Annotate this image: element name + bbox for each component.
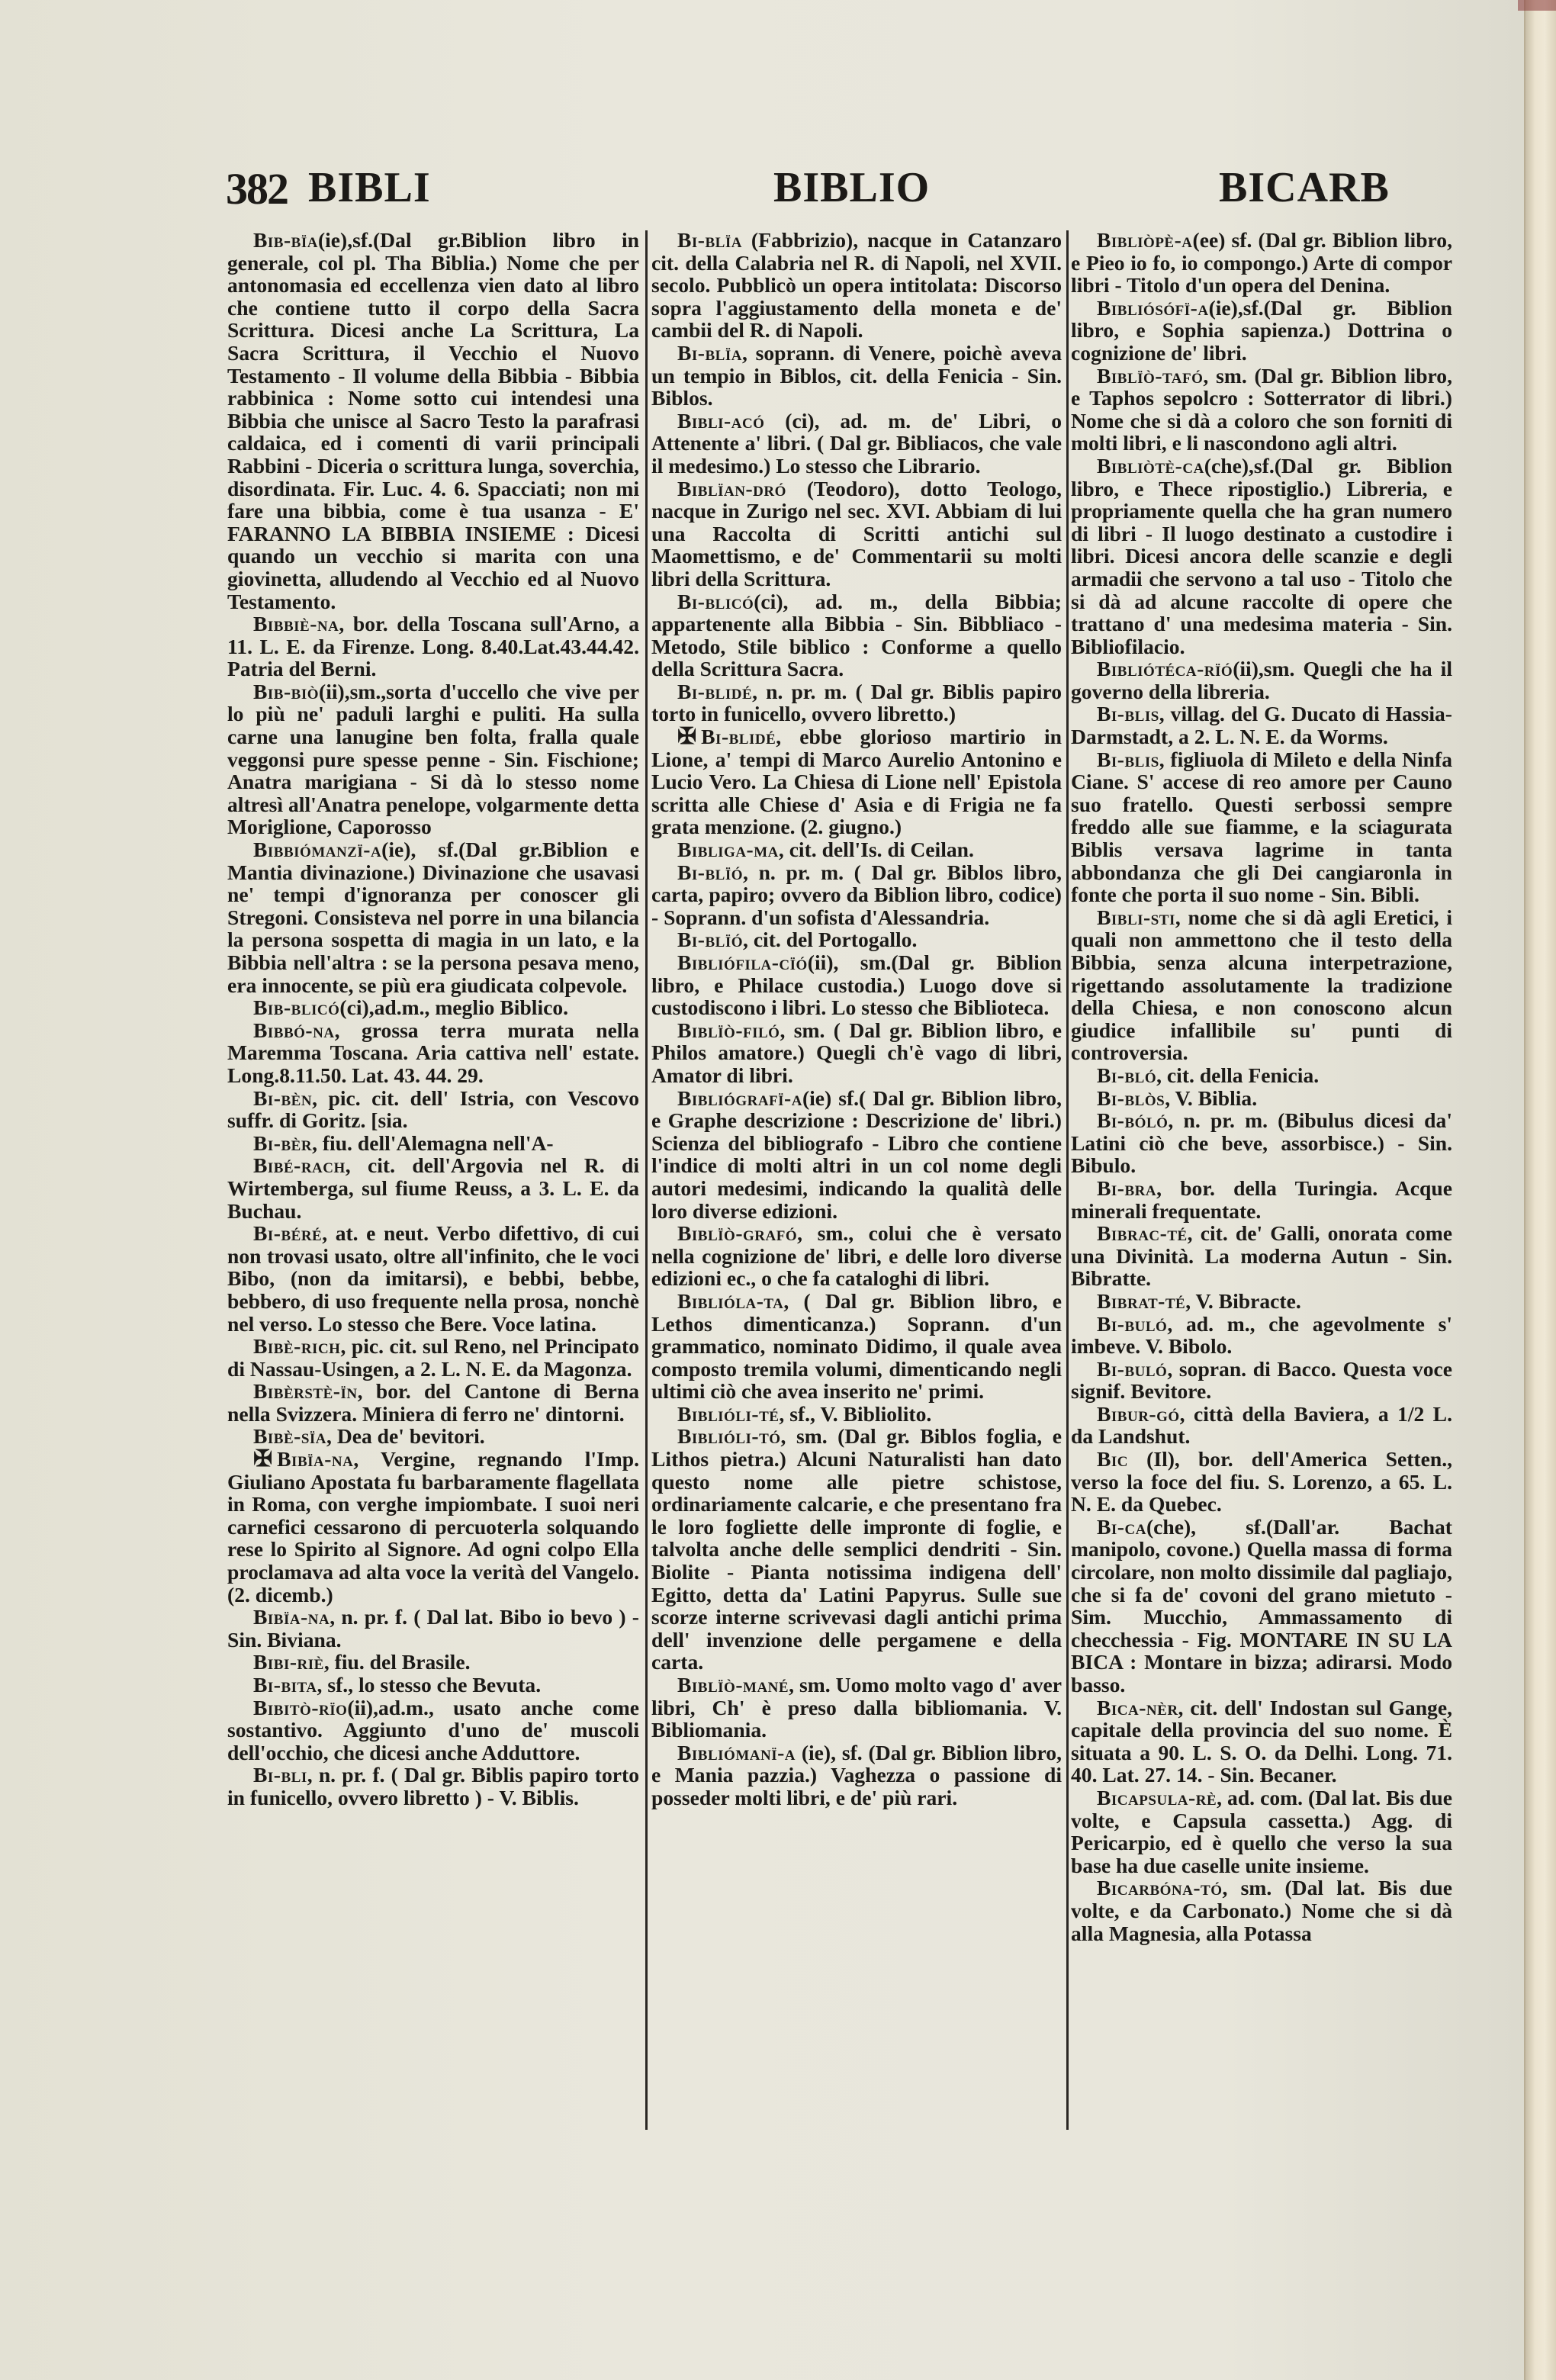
dictionary-entry: Biblïò-tafó, sm. (Dal gr. Biblion libro,… [1071, 365, 1452, 455]
entry-headword: Bi-blidé [677, 680, 752, 703]
maltese-cross-icon: ✠ [253, 1446, 272, 1471]
entry-headword: Bibïa-na [253, 1605, 330, 1629]
dictionary-entry: Bi-bèn, pic. cit. dell' Istria, con Vesc… [227, 1087, 639, 1132]
entry-headword: Bi-béré [253, 1221, 322, 1245]
dictionary-entry: Bi-béré, at. e neut. Verbo difettivo, di… [227, 1222, 639, 1335]
dictionary-entry: Bibliótéca-rïó(ii),sm. Quegli che ha il … [1071, 658, 1452, 703]
dictionary-entry: Bi-buló, ad. m., che agevolmente s' imbe… [1071, 1313, 1452, 1358]
entry-headword: Bibbó-na [253, 1018, 335, 1042]
running-head-right: BICARB [1219, 163, 1390, 212]
dictionary-entry: Bib-blicó(ci),ad.m., meglio Biblico. [227, 996, 639, 1019]
dictionary-entry: Bibrac-té, cit. de' Galli, onorata come … [1071, 1222, 1452, 1290]
dictionary-entry: Bib-bïa(ie),sf.(Dal gr.Biblion libro in … [227, 229, 639, 613]
dictionary-entry: Bibliómanï-a (ie), sf. (Dal gr. Biblion … [651, 1742, 1062, 1809]
entry-headword: Bi-bèr [253, 1131, 312, 1155]
column-2: Bi-blïa (Fabbrizio), nacque in Catanzaro… [651, 229, 1062, 1809]
entry-headword: Bibé-rach [253, 1153, 346, 1177]
dictionary-entry: Bibè-rich, pic. cit. sul Reno, nel Princ… [227, 1335, 639, 1380]
dictionary-entry: Bi-blïó, cit. del Portogallo. [651, 928, 1062, 951]
entry-headword: Bibèrstè-ïn [253, 1379, 358, 1403]
entry-headword: Bi-bra [1097, 1176, 1156, 1200]
entry-headword: Bic [1097, 1447, 1128, 1471]
entry-headword: Bi-bló [1097, 1063, 1156, 1087]
dictionary-entry: Bibur-gó, città della Baviera, a 1/2 L. … [1071, 1403, 1452, 1448]
entry-headword: Bib-bïa [253, 228, 318, 252]
dictionary-entry: Bi-blïa, soprann. di Venere, poichè avev… [651, 342, 1062, 410]
dictionary-entry: Bi-blòs, V. Biblia. [1071, 1087, 1452, 1110]
entry-definition: , nome che si dà agli Eretici, i quali n… [1071, 905, 1452, 1065]
entry-headword: Bibliómanï-a [677, 1741, 796, 1764]
dictionary-entry: ✠Bi-blidé, ebbe glorioso martirio in Lio… [651, 725, 1062, 838]
dictionary-entry: Bibli-acó (ci), ad. m. de' Libri, o Atte… [651, 410, 1062, 478]
entry-headword: Bi-bèn [253, 1086, 312, 1110]
dictionary-entry: Biblïan-dró (Teodoro), dotto Teologo, na… [651, 478, 1062, 590]
entry-headword: Biblïò-filó [677, 1018, 780, 1042]
entry-headword: Bibliga-ma [677, 838, 779, 861]
entry-headword: Biblïò-grafó [677, 1221, 797, 1245]
entry-headword: Bibliòpè-a [1097, 228, 1193, 252]
entry-headword: Bicarbóna-tó [1097, 1876, 1223, 1899]
entry-headword: Bibi-riè [253, 1650, 324, 1674]
entry-headword: Bi-bli [253, 1763, 307, 1787]
entry-headword: Bi-blis [1097, 702, 1159, 725]
entry-headword: Bi-blïó [677, 928, 743, 951]
entry-headword: Bi-blïó [677, 860, 743, 884]
dictionary-entry: Bibèrstè-ïn, bor. del Cantone di Berna n… [227, 1380, 639, 1425]
entry-headword: Bi-buló [1097, 1312, 1167, 1336]
entry-definition: (ie), sf.(Dal gr.Biblion e Mantia divina… [227, 838, 639, 997]
entry-headword: Bi-blïa [677, 341, 742, 365]
dictionary-entry: Bica-nèr, cit. dell' Indostan sul Gange,… [1071, 1697, 1452, 1787]
entry-headword: Bibbiómanzï-a [253, 838, 381, 861]
dictionary-entry: Bi-bèr, fiu. dell'Alemagna nell'A- [227, 1132, 639, 1155]
dictionary-entry: Bi-bóló, n. pr. m. (Bibulus dicesi da' L… [1071, 1109, 1452, 1177]
entry-headword: Bi-ca [1097, 1515, 1146, 1539]
entry-headword: Biblióli-té [677, 1402, 779, 1426]
entry-headword: Bibïa-na [277, 1447, 353, 1471]
dictionary-entry: Bibliòtè-ca(che),sf.(Dal gr. Biblion lib… [1071, 455, 1452, 658]
entry-headword: Bica-nèr [1097, 1696, 1178, 1719]
entry-definition: (ci),ad.m., meglio Biblico. [339, 995, 568, 1019]
dictionary-entry: Bibbó-na, grossa terra murata nella Mare… [227, 1019, 639, 1087]
entry-definition: , sf., V. Bibliolito. [779, 1402, 931, 1426]
entry-definition: , V. Bibracte. [1185, 1289, 1301, 1313]
entry-headword: Bibliótéca-rïó [1097, 657, 1233, 680]
entry-headword: Bibrac-té [1097, 1221, 1188, 1245]
dictionary-entry: Biblïò-grafó, sm., colui che è versato n… [651, 1222, 1062, 1290]
dictionary-entry: Bibbiè-na, bor. della Toscana sull'Arno,… [227, 613, 639, 680]
entry-headword: Bi-buló [1097, 1357, 1167, 1381]
dictionary-entry: Bibïa-na, n. pr. f. ( Dal lat. Bibo io b… [227, 1606, 639, 1651]
dictionary-entry: Bi-blidé, n. pr. m. ( Dal gr. Biblis pap… [651, 680, 1062, 725]
entry-definition: , cit. dell'Is. di Ceilan. [779, 838, 974, 861]
entry-definition: , fiu. dell'Alemagna nell'A- [312, 1131, 554, 1155]
entry-headword: Bibur-gó [1097, 1402, 1180, 1426]
entry-headword: Bibè-sïa [253, 1424, 326, 1448]
dictionary-entry: ✠Bibïa-na, Vergine, regnando l'Imp. Giul… [227, 1448, 639, 1606]
entry-headword: Biblïò-tafó [1097, 364, 1203, 388]
dictionary-entry: Bicapsula-rè, ad. com. (Dal lat. Bis due… [1071, 1787, 1452, 1877]
entry-headword: Bi-bóló [1097, 1108, 1168, 1132]
column-1: Bib-bïa(ie),sf.(Dal gr.Biblion libro in … [227, 229, 639, 1809]
entry-headword: Bi-bita [253, 1673, 317, 1697]
entry-definition: , Dea de' bevitori. [326, 1424, 485, 1448]
dictionary-entry: Bi-ca(che), sf.(Dall'ar. Bachat manipolo… [1071, 1516, 1452, 1697]
dictionary-entry: Biblióli-té, sf., V. Bibliolito. [651, 1403, 1062, 1426]
entry-headword: Bibliógrafï-a [677, 1086, 802, 1110]
dictionary-entry: Bibitò-rïo(ii),ad.m., usato anche come s… [227, 1697, 639, 1764]
entry-headword: Bibitò-rïo [253, 1696, 347, 1719]
entry-headword: Bi-blis [1097, 748, 1159, 771]
running-head: 382 BIBLI BIBLIO BICARB [226, 159, 1454, 212]
entry-headword: Bi-blicó [677, 590, 754, 613]
entry-definition: (ii),sm.,sorta d'uccello che vive per lo… [227, 680, 639, 839]
page-number: 382 [226, 163, 288, 214]
entry-headword: Biblïan-dró [677, 477, 786, 500]
entry-definition: , sm. (Dal gr. Biblos foglia, e Lithos p… [651, 1424, 1062, 1674]
dictionary-entry: Bic (Il), bor. dell'America Setten., ver… [1071, 1448, 1452, 1516]
entry-headword: Bibli-acó [677, 409, 764, 433]
book-edge [1524, 0, 1556, 2380]
entry-definition: (Il), bor. dell'America Setten., verso l… [1071, 1447, 1452, 1516]
entry-definition: (che),sf.(Dal gr. Biblion libro, e Thece… [1071, 454, 1452, 658]
entry-definition: (ie),sf.(Dal gr.Biblion libro in general… [227, 228, 639, 613]
dictionary-entry: Bibé-rach, cit. dell'Argovia nel R. di W… [227, 1154, 639, 1222]
entry-definition: , sf., lo stesso che Bevuta. [317, 1673, 542, 1697]
maltese-cross-icon: ✠ [677, 724, 696, 749]
entry-definition: , figliuola di Mileto e della Ninfa Cian… [1071, 748, 1452, 907]
dictionary-entry: Bi-blïó, n. pr. m. ( Dal gr. Biblos libr… [651, 861, 1062, 929]
dictionary-entry: Bibli-sti, nome che si dà agli Eretici, … [1071, 906, 1452, 1064]
entry-headword: Bibè-rich [253, 1334, 340, 1358]
entry-headword: Bi-blïa [677, 228, 742, 252]
entry-headword: Bi-blidé [701, 725, 776, 748]
column-divider [1066, 230, 1069, 2130]
dictionary-entry: Bibi-riè, fiu. del Brasile. [227, 1651, 639, 1674]
dictionary-entry: Biblïò-mané, sm. Uomo molto vago d' aver… [651, 1674, 1062, 1742]
entry-definition: (che), sf.(Dall'ar. Bachat manipolo, cov… [1071, 1515, 1452, 1697]
dictionary-entry: Bibbiómanzï-a(ie), sf.(Dal gr.Biblion e … [227, 838, 639, 996]
entry-headword: Biblïò-mané [677, 1673, 789, 1697]
entry-headword: Biblióli-tó [677, 1424, 781, 1448]
column-divider [645, 230, 648, 2130]
entry-definition: , cit. della Fenicia. [1156, 1063, 1319, 1087]
entry-headword: Bicapsula-rè [1097, 1786, 1217, 1809]
dictionary-entry: Bi-blis, villag. del G. Ducato di Hassia… [1071, 703, 1452, 748]
running-head-center: BIBLIO [773, 163, 930, 212]
dictionary-entry: Bibliófila-cïó(ii), sm.(Dal gr. Biblion … [651, 951, 1062, 1019]
entry-headword: Bibrat-té [1097, 1289, 1185, 1313]
dictionary-entry: Bicarbóna-tó, sm. (Dal lat. Bis due volt… [1071, 1877, 1452, 1944]
dictionary-entry: Biblióli-tó, sm. (Dal gr. Biblos foglia,… [651, 1425, 1062, 1674]
dictionary-entry: Bi-blis, figliuola di Mileto e della Nin… [1071, 748, 1452, 906]
entry-headword: Bib-biò [253, 680, 319, 703]
running-head-left: BIBLI [308, 163, 431, 212]
dictionary-entry: Bi-bita, sf., lo stesso che Bevuta. [227, 1674, 639, 1697]
entry-headword: Bibliósófï-a [1097, 296, 1209, 320]
dictionary-entry: Bibliósófï-a(ie),sf.(Dal gr. Biblion lib… [1071, 297, 1452, 365]
dictionary-entry: Biblïò-filó, sm. ( Dal gr. Biblion libro… [651, 1019, 1062, 1087]
entry-headword: Bi-blòs [1097, 1086, 1165, 1110]
dictionary-entry: Bi-bra, bor. della Turingia. Acque miner… [1071, 1177, 1452, 1222]
dictionary-entry: Bib-biò(ii),sm.,sorta d'uccello che vive… [227, 680, 639, 838]
dictionary-entry: Bibrat-té, V. Bibracte. [1071, 1290, 1452, 1313]
dictionary-entry: Bibè-sïa, Dea de' bevitori. [227, 1425, 639, 1448]
entry-headword: Bibbiè-na [253, 612, 339, 635]
entry-headword: Biblióla-ta [677, 1289, 783, 1313]
dictionary-entry: Bibliòpè-a(ee) sf. (Dal gr. Biblion libr… [1071, 229, 1452, 297]
entry-definition: , fiu. del Brasile. [324, 1650, 471, 1674]
column-3: Bibliòpè-a(ee) sf. (Dal gr. Biblion libr… [1071, 229, 1452, 1944]
dictionary-entry: Bibliógrafï-a(ie) sf.( Dal gr. Biblion l… [651, 1087, 1062, 1223]
entry-headword: Bibliófila-cïó [677, 950, 808, 974]
entry-headword: Bibli-sti [1097, 905, 1175, 929]
book-edge-ribbon [1518, 0, 1556, 11]
dictionary-entry: Biblióla-ta, ( Dal gr. Biblion libro, e … [651, 1290, 1062, 1403]
dictionary-entry: Bibliga-ma, cit. dell'Is. di Ceilan. [651, 838, 1062, 861]
dictionary-entry: Bi-buló, sopran. di Bacco. Questa voce s… [1071, 1358, 1452, 1403]
dictionary-entry: Bi-blicó(ci), ad. m., della Bibbia; appa… [651, 590, 1062, 680]
entry-definition: , V. Biblia. [1165, 1086, 1257, 1110]
dictionary-entry: Bi-blïa (Fabbrizio), nacque in Catanzaro… [651, 229, 1062, 342]
dictionary-entry: Bi-bló, cit. della Fenicia. [1071, 1064, 1452, 1087]
entry-headword: Bibliòtè-ca [1097, 454, 1204, 478]
dictionary-entry: Bi-bli, n. pr. f. ( Dal gr. Biblis papir… [227, 1764, 639, 1809]
entry-headword: Bib-blicó [253, 995, 339, 1019]
entry-definition: , Vergine, regnando l'Imp. Giuliano Apos… [227, 1447, 639, 1606]
entry-definition: , cit. del Portogallo. [743, 928, 917, 951]
